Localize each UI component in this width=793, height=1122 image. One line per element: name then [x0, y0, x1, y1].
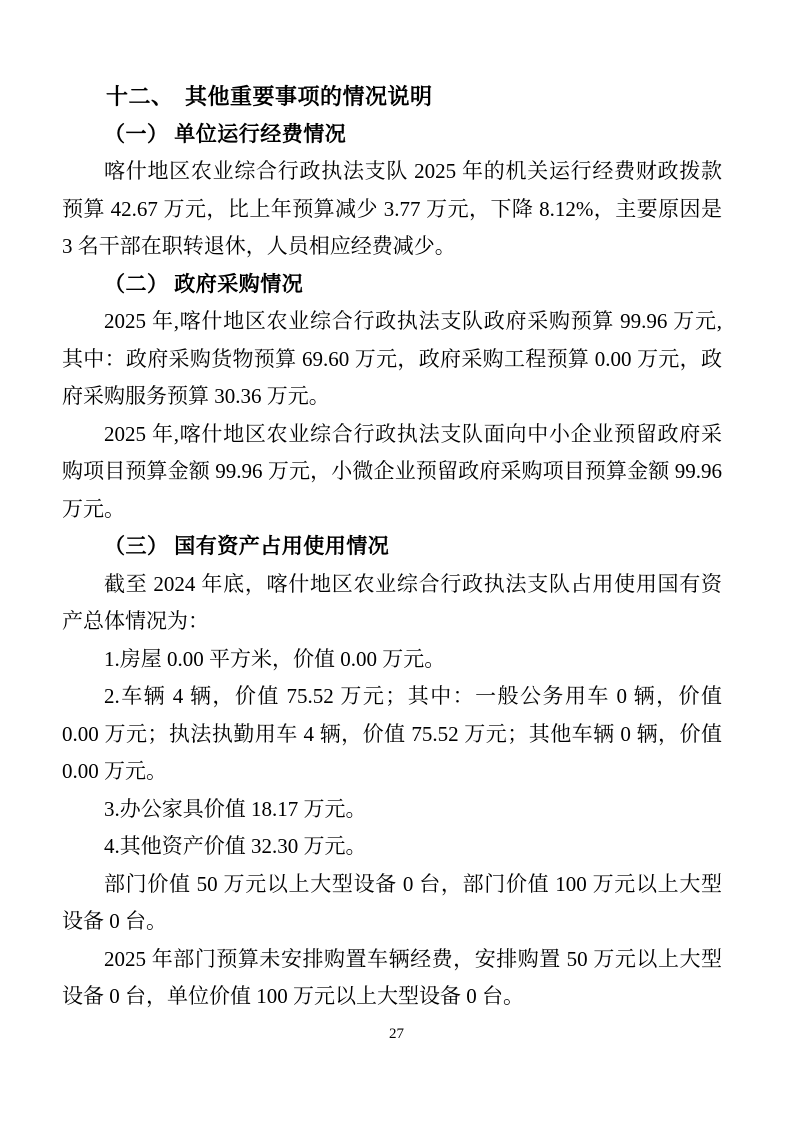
- paragraph-procurement-budget: 2025 年,喀什地区农业综合行政执法支队政府采购预算 99.96 万元,其中：…: [62, 303, 722, 416]
- paragraph-operating-costs: 喀什地区农业综合行政执法支队 2025 年的机关运行经费财政拨款预算 42.67…: [62, 153, 722, 266]
- paragraph-assets-overview-intro: 截至 2024 年底，喀什地区农业综合行政执法支队占用使用国有资产总体情况为：: [62, 566, 722, 641]
- section-heading-other-important-matters: 十二、 其他重要事项的情况说明: [62, 78, 722, 116]
- subsection-heading-government-procurement: （二） 政府采购情况: [62, 266, 722, 304]
- paragraph-procurement-sme-reserved: 2025 年,喀什地区农业综合行政执法支队面向中小企业预留政府采购项目预算金额 …: [62, 416, 722, 529]
- document-content: 十二、 其他重要事项的情况说明 （一） 单位运行经费情况 喀什地区农业综合行政执…: [62, 78, 722, 1016]
- subsection-heading-state-assets-usage: （三） 国有资产占用使用情况: [62, 528, 722, 566]
- document-page: 十二、 其他重要事项的情况说明 （一） 单位运行经费情况 喀什地区农业综合行政执…: [0, 0, 793, 1122]
- subsection-heading-unit-operating-costs: （一） 单位运行经费情况: [62, 116, 722, 154]
- paragraph-assets-other: 4.其他资产价值 32.30 万元。: [62, 828, 722, 866]
- paragraph-large-equipment-counts: 部门价值 50 万元以上大型设备 0 台，部门价值 100 万元以上大型设备 0…: [62, 866, 722, 941]
- paragraph-assets-office-furniture: 3.办公家具价值 18.17 万元。: [62, 791, 722, 829]
- page-number: 27: [0, 1024, 793, 1044]
- paragraph-assets-housing: 1.房屋 0.00 平方米，价值 0.00 万元。: [62, 641, 722, 679]
- paragraph-2025-purchase-arrangements: 2025 年部门预算未安排购置车辆经费，安排购置 50 万元以上大型设备 0 台…: [62, 941, 722, 1016]
- paragraph-assets-vehicles: 2.车辆 4 辆，价值 75.52 万元；其中：一般公务用车 0 辆，价值 0.…: [62, 678, 722, 791]
